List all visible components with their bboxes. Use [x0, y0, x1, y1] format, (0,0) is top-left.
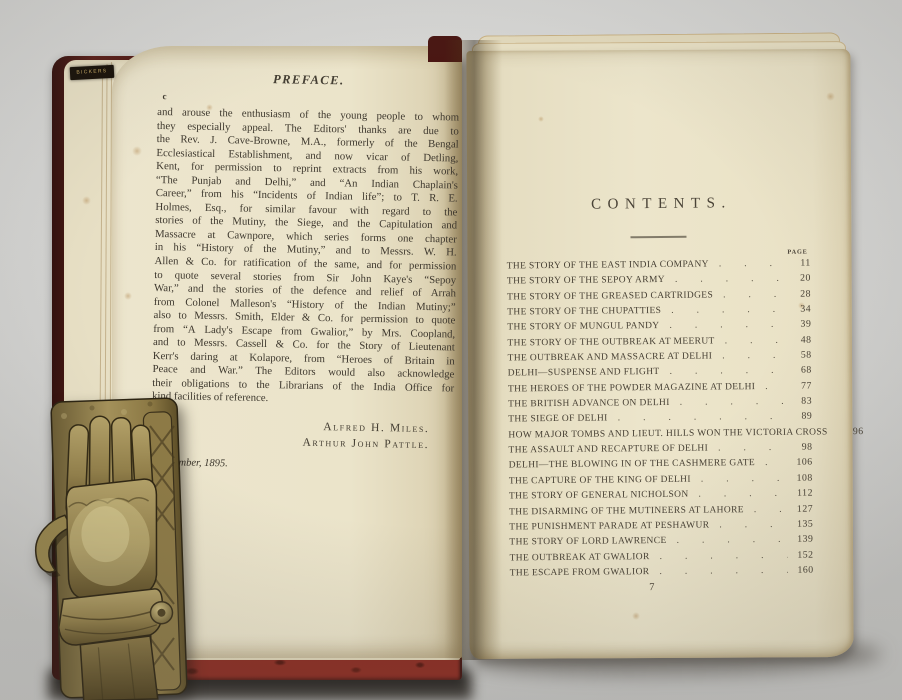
foxing-spot — [538, 116, 544, 122]
contents-entry-page: 77 — [786, 380, 812, 391]
contents-entry-page: 39 — [785, 319, 811, 330]
dot-leader: ......... — [665, 274, 785, 285]
dot-leader: ......... — [608, 412, 787, 424]
dot-leader: ......... — [650, 550, 788, 561]
contents-entry-title: DELHI—SUSPENSE AND FLIGHT — [508, 367, 660, 378]
contents-entry-title: THE STORY OF THE OUTBREAK AT MEERUT — [507, 336, 714, 348]
dot-leader: ......... — [709, 520, 787, 531]
contents-entry-title: THE BRITISH ADVANCE ON DELHI — [508, 398, 670, 410]
contents-entry-page: 83 — [786, 396, 812, 407]
foxing-spot — [826, 92, 835, 101]
binder-stamp-label: BICKERS — [70, 65, 115, 80]
contents-entry-title: THE PUNISHMENT PARADE AT PESHAWUR — [509, 520, 709, 532]
contents-entry-title: THE STORY OF GENERAL NICHOLSON — [509, 490, 689, 502]
dot-leader: ......... — [661, 305, 785, 316]
contents-entry-title: THE STORY OF LORD LAWRENCE — [509, 536, 666, 548]
dot-leader: ......... — [755, 458, 787, 468]
foxing-spot — [82, 196, 91, 205]
contents-text-block: CONTENTS. PAGE THE STORY OF THE EAST IND… — [506, 195, 814, 595]
contents-entry-page: 11 — [785, 258, 811, 269]
spine-top — [428, 36, 462, 62]
dot-leader: ......... — [715, 336, 786, 347]
contents-entry-title: THE SIEGE OF DELHI — [508, 414, 608, 425]
contents-entry-page: 20 — [785, 273, 811, 284]
dot-leader: ......... — [755, 382, 786, 392]
page-column-header: PAGE — [507, 249, 811, 259]
contents-entry-page: 160 — [788, 564, 814, 575]
contents-entry-title: THE STORY OF THE GREASED CARTRIDGES — [507, 290, 713, 302]
foxing-spot — [132, 146, 142, 156]
contents-entry-title: THE OUTBREAK AT GWALIOR — [510, 552, 650, 563]
foxing-spot — [632, 612, 640, 620]
contents-entry-page: 96 — [838, 426, 864, 437]
preface-text-block: PREFACE. c andarousetheenthusiasmoftheyo… — [151, 70, 460, 473]
contents-entry-title: THE DISARMING OF THE MUTINEERS AT LAHORE — [509, 505, 744, 517]
brass-hand-clip — [22, 386, 194, 700]
dot-leader: ......... — [713, 289, 785, 300]
contents-list: THE STORY OF THE EAST INDIA COMPANY.....… — [507, 258, 814, 583]
contents-entry-page: 58 — [786, 350, 812, 361]
dot-leader: ......... — [670, 397, 786, 408]
contents-entry-page: 28 — [785, 288, 811, 299]
dot-leader: ......... — [712, 351, 785, 362]
contents-entry-title: THE CAPTURE OF THE KING OF DELHI — [509, 475, 691, 487]
contents-entry-page: 48 — [785, 334, 811, 345]
contents-entry-title: THE STORY OF MUNGUL PANDY — [507, 321, 659, 332]
contents-entry-page: 112 — [787, 488, 813, 499]
contents-entry-page: 68 — [786, 365, 812, 376]
dot-leader: ......... — [744, 504, 787, 514]
contents-entry-title: THE STORY OF THE SEPOY ARMY — [507, 275, 665, 287]
contents-entry-page: 127 — [787, 503, 813, 514]
dot-leader: ......... — [691, 474, 787, 485]
contents-title: CONTENTS. — [506, 195, 810, 215]
dot-leader: ......... — [649, 566, 787, 577]
contents-entry-page: 108 — [787, 472, 813, 483]
wrist-handle — [80, 636, 158, 700]
contents-entry-page: 34 — [785, 304, 811, 315]
dot-leader: ......... — [708, 443, 787, 454]
dot-leader: ......... — [659, 320, 785, 331]
contents-entry-page: 98 — [786, 442, 812, 453]
contents-entry-title: THE STORY OF THE EAST INDIA COMPANY — [507, 260, 709, 272]
dot-leader: ......... — [709, 259, 785, 270]
editor-signatures: Alfred H. Miles. Arthur John Pattle. — [151, 417, 454, 454]
contents-entry-title: THE STORY OF THE CHUPATTIES — [507, 306, 661, 317]
contents-entry-title: THE OUTBREAK AND MASSACRE AT DELHI — [508, 352, 713, 364]
contents-rule — [630, 236, 686, 239]
contents-entry-title: THE ESCAPE FROM GWALIOR — [510, 567, 650, 578]
contents-entry-page: 89 — [786, 411, 812, 422]
dot-leader: ......... — [828, 427, 838, 437]
contents-entry-page: 135 — [787, 518, 813, 529]
foxing-spot — [124, 292, 132, 300]
contents-entry-page: 139 — [787, 534, 813, 545]
contents-entry-title: DELHI—THE BLOWING IN OF THE CASHMERE GAT… — [509, 459, 755, 471]
contents-entry-title: THE ASSAULT AND RECAPTURE OF DELHI — [508, 444, 708, 456]
dot-leader: ......... — [688, 489, 787, 500]
preface-body: andarousetheenthusiasmoftheyoungpeopleto… — [152, 106, 459, 410]
contents-entry-page: 152 — [787, 549, 813, 560]
contents-entry-page: 106 — [787, 457, 813, 468]
photo-scene: BICKERS PREFACE. c andarousetheenthusias… — [0, 0, 902, 700]
dot-leader: ......... — [667, 535, 788, 546]
dot-leader: ......... — [660, 366, 786, 377]
contents-entry-title: HOW MAJOR TOMBS AND LIEUT. HILLS WON THE… — [508, 427, 827, 440]
contents-entry: THE ESCAPE FROM GWALIOR.........160 — [510, 564, 814, 582]
contents-entry-title: THE HEROES OF THE POWDER MAGAZINE AT DEL… — [508, 382, 755, 394]
signature-mark: c — [162, 91, 166, 101]
